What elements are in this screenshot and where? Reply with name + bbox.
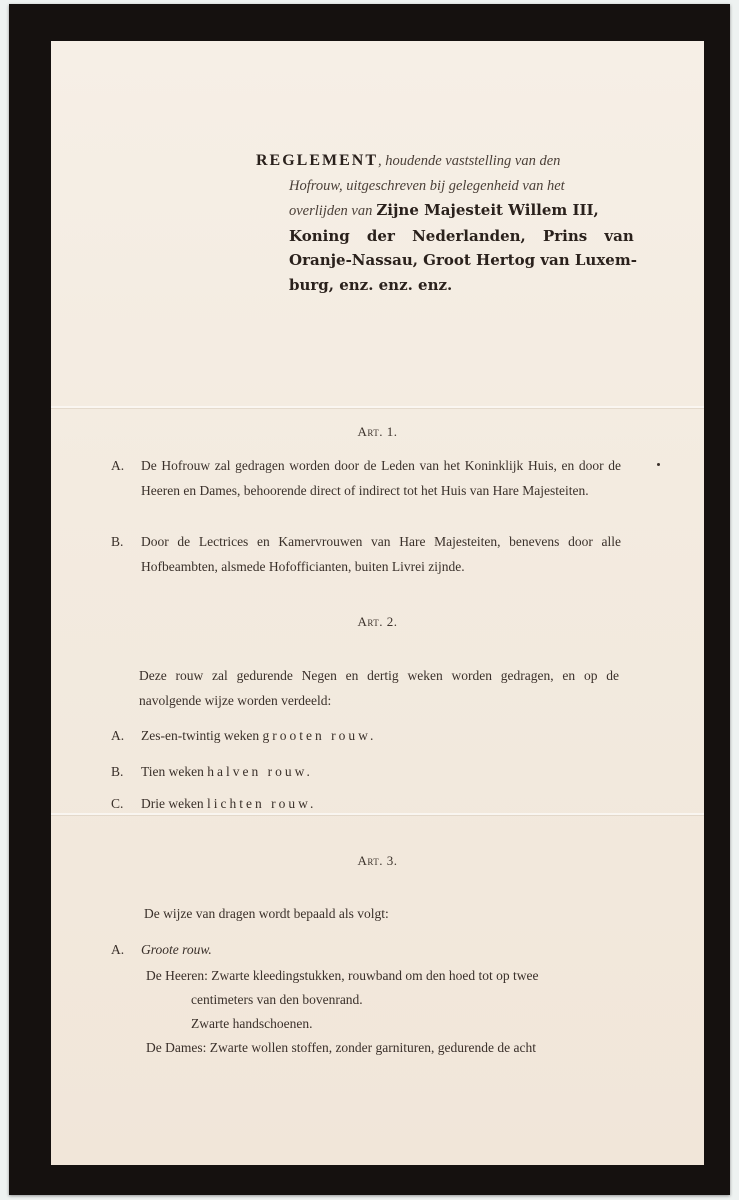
- fold-line: [51, 406, 704, 408]
- title-block: REGLEMENT, houdende vaststelling van den…: [256, 149, 618, 297]
- heeren-line-2: centimeters van den bovenrand.: [191, 987, 363, 1012]
- article-2-intro: Deze rouw zal gedurende Negen en dertig …: [139, 663, 619, 713]
- article-3-heading: Art. 3.: [51, 853, 704, 869]
- dames-line-1: De Dames: Zwarte wollen stoffen, zonder …: [146, 1035, 536, 1060]
- article-1-item-b: B. Door de Lectrices en Kamervrouwen van…: [111, 529, 621, 579]
- article-3-intro: De wijze van dragen wordt bepaald als vo…: [144, 901, 389, 926]
- article-1-item-a: A. De Hofrouw zal gedragen worden door d…: [111, 453, 621, 503]
- paper-speck: [657, 463, 660, 466]
- article-2-item-a: A. Zes-en-twintig weken grooten rouw.: [111, 723, 621, 748]
- article-2-item-b: B. Tien weken halven rouw.: [111, 759, 621, 784]
- black-mourning-border: REGLEMENT, houdende vaststelling van den…: [9, 4, 730, 1195]
- heeren-line-3: Zwarte handschoenen.: [191, 1011, 312, 1036]
- heeren-line-1: De Heeren: Zwarte kleedingstukken, rouwb…: [146, 963, 539, 988]
- article-2-heading: Art. 2.: [51, 614, 704, 630]
- title-reglement: REGLEMENT: [256, 152, 378, 169]
- document-page: REGLEMENT, houdende vaststelling van den…: [51, 41, 704, 1165]
- article-1-heading: Art. 1.: [51, 424, 704, 440]
- king-name: Zijne Majesteit Willem III,: [376, 201, 598, 219]
- article-2-item-c: C. Drie weken lichten rouw.: [111, 791, 621, 816]
- article-3-item-a: A. Groote rouw.: [111, 937, 621, 962]
